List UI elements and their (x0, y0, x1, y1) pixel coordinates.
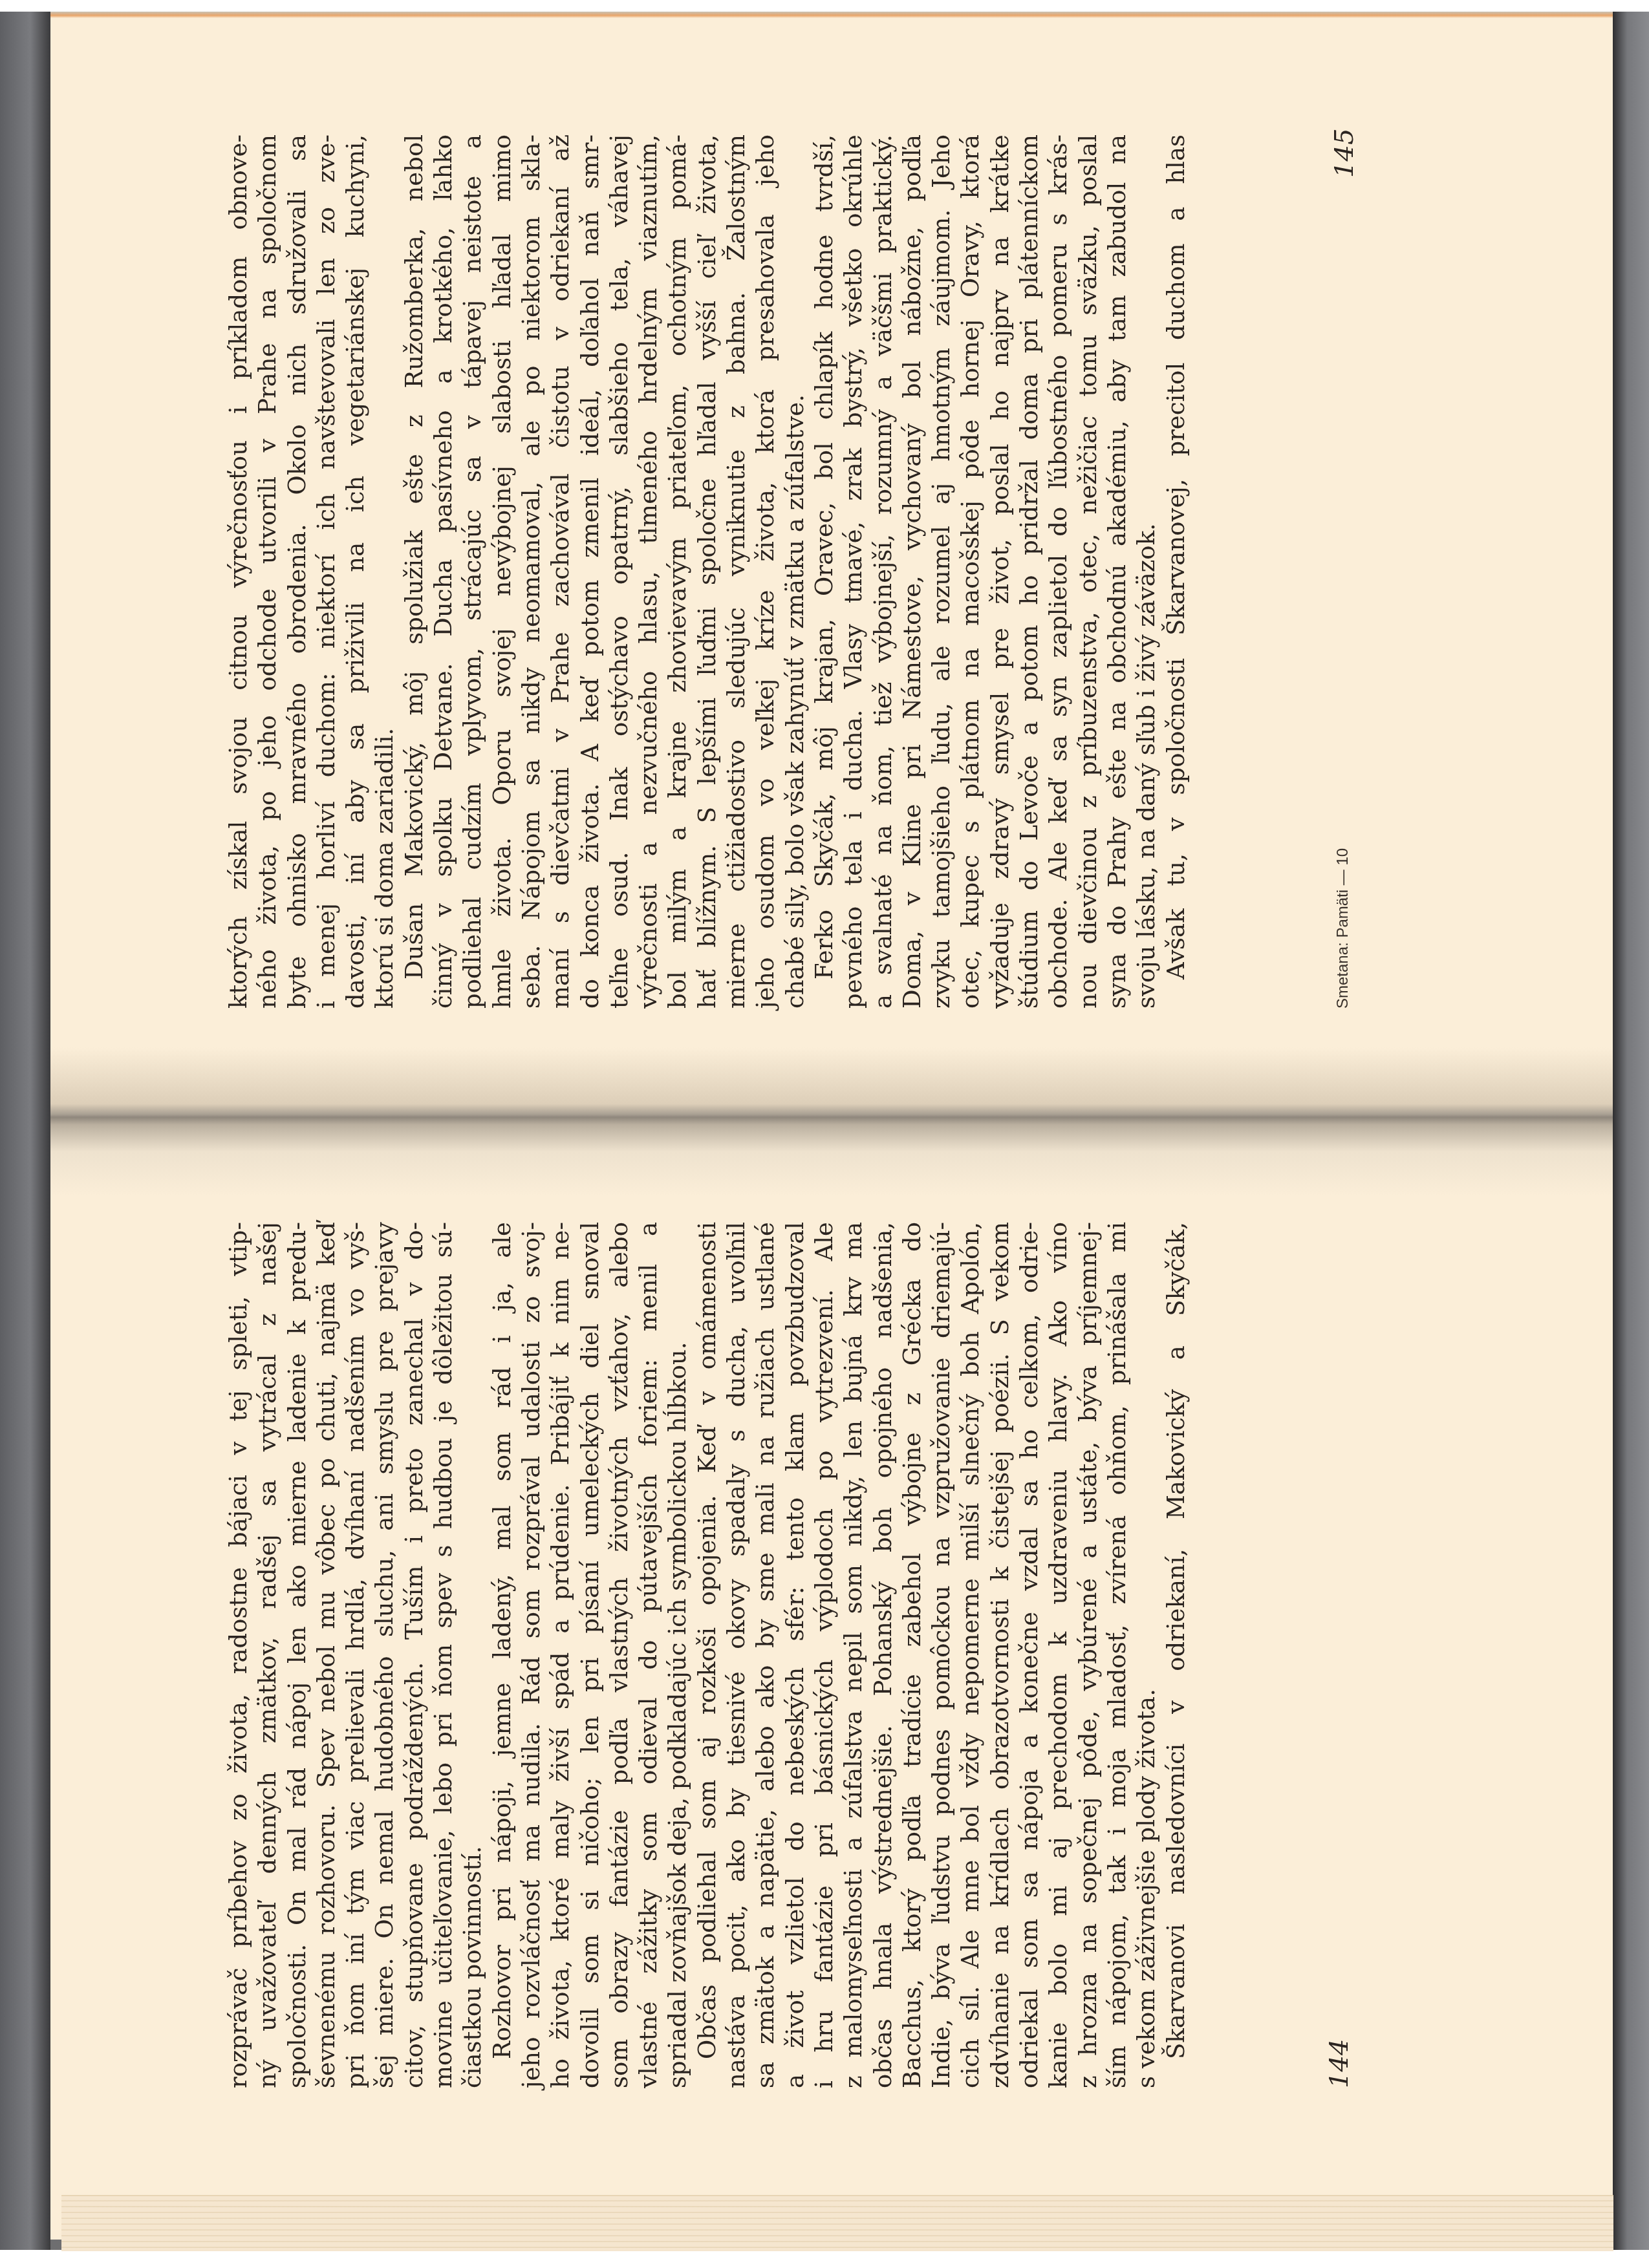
text-line: otec, kupec s plátnom na macošskej pôde … (956, 134, 985, 1009)
text-line: syna do Prahy ešte na obchodnú akadémiu,… (1103, 134, 1132, 1009)
text-line: s vekom záživnejšie plody života. (1132, 1222, 1161, 2088)
text-line: Rozhovor pri nápoji, jemne ladený, mal s… (488, 1222, 517, 2088)
text-line: ším nápojom, tak i moja mladosť, zvírená… (1103, 1222, 1132, 2088)
text-line: seba. Nápojom sa nikdy neomamoval, ale p… (517, 134, 546, 1009)
text-line: štúdium do Levoče a potom ho pridržal do… (1015, 134, 1044, 1009)
text-line: Ferko Skyčák, môj krajan, Oravec, bol ch… (810, 134, 839, 1009)
text-line: pevného tela i ducha. Vlasy tmavé, zrak … (839, 134, 868, 1009)
printer-signature: Smetana: Pamäti — 10 (1334, 848, 1352, 1009)
text-line: a život vzlietol do nebeských sfér: tent… (781, 1222, 810, 2088)
text-line: rozprávač príbehov zo života, radostne b… (224, 1222, 253, 2088)
text-line: činný v spolku Detvane. Ducha pasívneho … (429, 134, 458, 1009)
text-line: zdvíhanie na krídlach obrazotvornosti k … (986, 1222, 1015, 2088)
text-line: bol milým a krajne zhovievavým priateľom… (663, 134, 692, 1009)
text-line: som obrazy fantázie podľa vlastných živo… (605, 1222, 634, 2088)
text-line: pri ňom iní tým viac prelievali hrdlá, d… (341, 1222, 370, 2088)
text-line: hať blížnym. S lepšími ľuďmi spoločne hľ… (693, 134, 722, 1009)
text-line: Bacchus, ktorý podľa tradície zabehol vý… (898, 1222, 927, 2088)
text-line: vlastné zážitky som odieval do pútavejší… (634, 1222, 663, 2088)
text-line: zvyku tamojšieho ľudu, ale rozumel aj hm… (927, 134, 956, 1009)
scanner-border-right (1613, 12, 1649, 2250)
left-page-144: rozprávač príbehov zo života, radostne b… (50, 1109, 1613, 2218)
text-column: ktorých získal svojou citnou výrečnosťou… (224, 134, 1191, 1009)
text-line: vyžaduje zdravý smysel pre život, poslal… (986, 134, 1015, 1009)
right-page-145: ktorých získal svojou citnou výrečnosťou… (50, 12, 1613, 1109)
text-line: Škarvanovi nasledovníci v odriekaní, Mak… (1161, 1222, 1191, 2088)
text-line: jeho osudom vo veľkej kríze života, ktor… (751, 134, 780, 1009)
text-line: z hrozna na sopečnej pôde, vybúrené a us… (1073, 1222, 1103, 2088)
text-line: citov, stupňovane podráždených. Tuším i … (400, 1222, 429, 2088)
text-line: cich síl. Ale mne bol vždy nepomerne mil… (956, 1222, 985, 2088)
text-line: ného života, po jeho odchode utvorili v … (253, 134, 282, 1009)
text-line: teľne osud. Inak ostýchavo opatrný, slab… (605, 134, 634, 1009)
text-line: jeho rozvláčnosť ma nudila. Rád som rozp… (517, 1222, 546, 2088)
text-line: dovolil som si ničoho; len pri písaní um… (576, 1222, 605, 2088)
text-line: ktorých získal svojou citnou výrečnosťou… (224, 134, 253, 1009)
text-line: výrečnosti a nezvučného hlasu, tlmeného … (634, 134, 663, 1009)
text-line: spoločnosti. On mal rád nápoj len ako mi… (283, 1222, 312, 2088)
text-line: čiastkou povinností. (458, 1222, 487, 2088)
text-line: Indie, býva ľudstvu podnes pomôckou na v… (927, 1222, 956, 2088)
text-line: davosti, iní aby sa priživili na ich veg… (341, 134, 370, 1009)
stacked-page-edges (61, 2195, 1613, 2251)
text-line: ný uvažovateľ denných zmätkov, radšej sa… (253, 1222, 282, 2088)
text-column: rozprávač príbehov zo života, radostne b… (224, 1222, 1191, 2088)
text-line: maní s dievčatmi v Prahe zachovával čist… (546, 134, 575, 1009)
text-line: do konca života. A keď potom zmenil ideá… (576, 134, 605, 1009)
text-line: obchode. Ale keď sa syn zaplietol do ľúb… (1044, 134, 1073, 1009)
text-line: Doma, v Kline pri Námestove, vychovaný b… (898, 134, 927, 1009)
text-line: movine učiteľovanie, lebo pri ňom spev s… (429, 1222, 458, 2088)
text-line: ho života, ktoré maly živší spád a prúde… (546, 1222, 575, 2088)
text-line: z malomyseľnosti a zúfalstva nepil som n… (839, 1222, 868, 2088)
text-line: sa zmätok a napätie, alebo ako by sme ma… (751, 1222, 780, 2088)
text-line: odriekal som sa nápoja a konečne vzdal s… (1015, 1222, 1044, 2088)
text-line: a svalnaté na ňom, tiež výbojnejší, rozu… (868, 134, 898, 1009)
scanner-border-left (0, 12, 50, 2250)
text-line: svoju lásku, na daný sľub i živý záväzok… (1132, 134, 1161, 1009)
text-line: i menej horliví duchom: niektorí ich nav… (312, 134, 341, 1009)
text-line: nastáva pocit, ako by tiesnivé okovy spa… (722, 1222, 751, 2088)
text-line: ktorú si doma zariadili. (370, 134, 399, 1009)
text-line: občas hnala výstrednejšie. Pohanský boh … (868, 1222, 898, 2088)
text-line: kanie bolo mi aj prechodom k uzdraveniu … (1044, 1222, 1073, 2088)
text-line: i hru fantázie pri básnických výplodoch … (810, 1222, 839, 2088)
text-line: byte ohnisko mravného obrodenia. Okolo n… (283, 134, 312, 1009)
text-line: šej miere. On nemal hudobného sluchu, an… (370, 1222, 399, 2088)
page-number: 144 (1324, 2039, 1354, 2088)
text-line: spriadal zovňajšok deja, podkladajúc ich… (663, 1222, 692, 2088)
text-line: Avšak tu, v spoločnosti Škarvanovej, pre… (1161, 134, 1191, 1009)
text-line: mierne ctižiadostivo sledujúc vyniknutie… (722, 134, 751, 1009)
text-line: nou dievčinou z príbuzenstva, otec, neži… (1073, 134, 1103, 1009)
text-line: ševnenému rozhovoru. Spev nebol mu vôbec… (312, 1222, 341, 2088)
page-number: 145 (1330, 129, 1359, 178)
text-line: Dušan Makovický, môj spolužiak ešte z Ru… (400, 134, 429, 1009)
text-line: hmle života. Oporu svojej nevýbojnej sla… (488, 134, 517, 1009)
text-line: podliehal cudzím vplyvom, strácajúc sa v… (458, 134, 487, 1009)
text-line: Občas podliehal som aj rozkoši opojenia.… (693, 1222, 722, 2088)
text-line: chabé sily, bolo však zahynúť v zmätku a… (781, 134, 810, 1009)
